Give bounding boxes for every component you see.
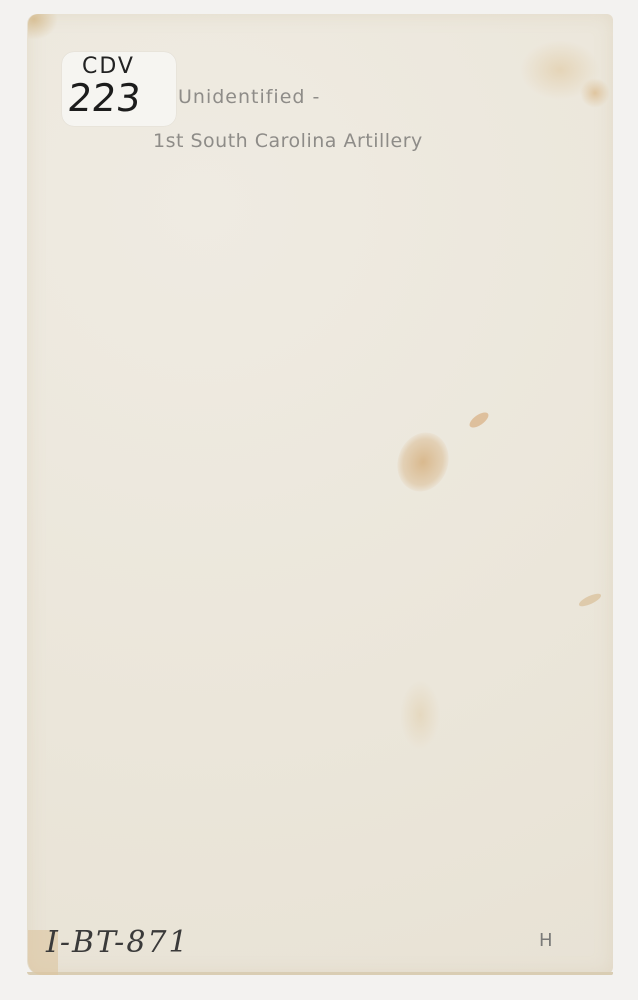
stain-lower-faint (400, 680, 440, 750)
pencil-note-identification: Unidentified - (178, 86, 320, 108)
stain-top-right-edge (580, 78, 610, 108)
catalog-number: I-BT-871 (46, 925, 190, 960)
pencil-note-unit: 1st South Carolina Artillery (153, 130, 423, 152)
label-number: 223 (66, 76, 143, 120)
card-edge (27, 972, 613, 975)
collection-label-sticker: CDV 223 (62, 52, 176, 126)
corner-mark: H (539, 930, 553, 951)
stain-top-left-corner (28, 14, 58, 40)
cdv-card-back (27, 14, 613, 975)
